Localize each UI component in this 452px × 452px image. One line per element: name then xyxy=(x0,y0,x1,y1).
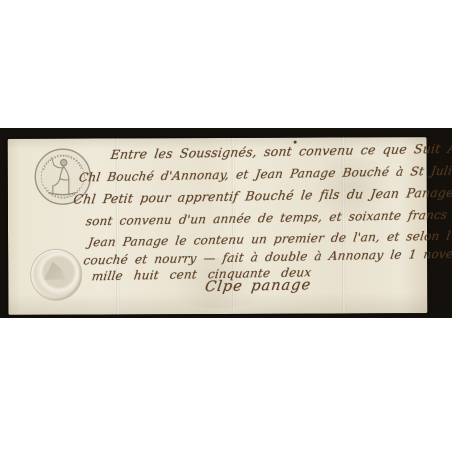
manuscript-line: Entre les Soussignés, sont convenu ce qu… xyxy=(111,142,452,161)
manuscript-line: Chl Petit pour apprentif Bouché le fils … xyxy=(73,187,452,206)
manuscript-line: Chl Bouché d'Annonay, et Jean Panage Bou… xyxy=(79,164,452,183)
handwritten-text-block: Entre les Soussignés, sont convenu ce qu… xyxy=(6,134,428,318)
document-photo: Entre les Soussignés, sont convenu ce qu… xyxy=(0,128,452,318)
manuscript-paper: Entre les Soussignés, sont convenu ce qu… xyxy=(8,137,428,315)
manuscript-line: Jean Panage le contenu un premier de l'a… xyxy=(88,229,452,248)
manuscript-line: sont convenu d'un année de temps, et soi… xyxy=(86,208,452,227)
manuscript-line: couché et nourry — fait à double à Annon… xyxy=(83,247,452,266)
signature: Clpe panage xyxy=(205,279,311,293)
